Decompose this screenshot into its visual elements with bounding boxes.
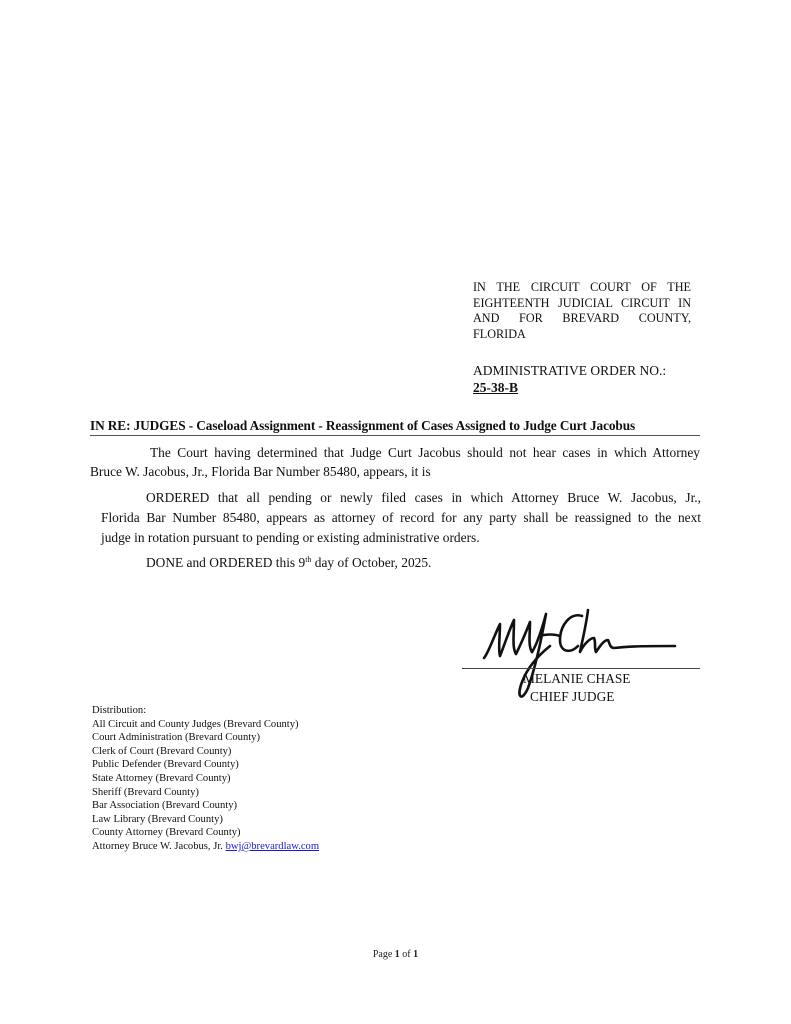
- done-suffix: day of October, 2025.: [311, 555, 431, 570]
- document-page: IN THE CIRCUIT COURT OF THE EIGHTEENTH J…: [0, 0, 791, 1024]
- distribution-list: Distribution: All Circuit and County Jud…: [92, 704, 319, 854]
- signer-block: MELANIE CHASE CHIEF JUDGE: [523, 670, 673, 706]
- court-caption-line: EIGHTEENTH JUDICIAL CIRCUIT IN: [473, 296, 691, 312]
- signer-title: CHIEF JUDGE: [523, 688, 673, 706]
- total-pages: 1: [413, 949, 418, 960]
- order-number: 25-38-B: [473, 379, 518, 396]
- distribution-item: Public Defender (Brevard County): [92, 758, 319, 772]
- distribution-item-text: Attorney Bruce W. Jacobus, Jr.: [92, 841, 226, 852]
- paragraph-line: ORDERED that all pending or newly filed …: [101, 488, 701, 508]
- distribution-item: All Circuit and County Judges (Brevard C…: [92, 718, 319, 732]
- distribution-heading: Distribution:: [92, 704, 319, 718]
- administrative-order-number: ADMINISTRATIVE ORDER NO.: 25-38-B: [473, 362, 666, 396]
- signature-line: [462, 668, 700, 669]
- distribution-item: State Attorney (Brevard County): [92, 772, 319, 786]
- court-caption-line: FLORIDA: [473, 327, 691, 343]
- signer-name: MELANIE CHASE: [523, 670, 673, 688]
- distribution-item: Clerk of Court (Brevard County): [92, 745, 319, 759]
- subject-line: IN RE: JUDGES - Caseload Assignment - Re…: [90, 417, 700, 436]
- distribution-item: Sheriff (Brevard County): [92, 786, 319, 800]
- court-caption-line: IN THE CIRCUIT COURT OF THE: [473, 280, 691, 296]
- court-caption: IN THE CIRCUIT COURT OF THE EIGHTEENTH J…: [473, 280, 691, 342]
- ordered-paragraph: ORDERED that all pending or newly filed …: [101, 488, 701, 548]
- distribution-item: Court Administration (Brevard County): [92, 731, 319, 745]
- recital-paragraph: The Court having determined that Judge C…: [90, 443, 700, 481]
- page-prefix: Page: [373, 949, 395, 960]
- distribution-item: County Attorney (Brevard County): [92, 826, 319, 840]
- distribution-item: Attorney Bruce W. Jacobus, Jr. bwj@breva…: [92, 840, 319, 854]
- email-link[interactable]: bwj@brevardlaw.com: [226, 841, 320, 852]
- paragraph-line: judge in rotation pursuant to pending or…: [101, 530, 480, 545]
- page-middle: of: [400, 949, 413, 960]
- order-label: ADMINISTRATIVE ORDER NO.:: [473, 362, 666, 379]
- paragraph-line: Bruce W. Jacobus, Jr., Florida Bar Numbe…: [90, 464, 431, 479]
- done-prefix: DONE and ORDERED this 9: [146, 555, 305, 570]
- distribution-item: Bar Association (Brevard County): [92, 799, 319, 813]
- distribution-item: Law Library (Brevard County): [92, 813, 319, 827]
- page-number: Page 1 of 1: [0, 949, 791, 960]
- paragraph-line: Florida Bar Number 85480, appears as att…: [101, 508, 701, 528]
- court-caption-line: AND FOR BREVARD COUNTY,: [473, 311, 691, 327]
- done-and-ordered-line: DONE and ORDERED this 9th day of October…: [146, 551, 431, 572]
- paragraph-line: The Court having determined that Judge C…: [90, 443, 700, 462]
